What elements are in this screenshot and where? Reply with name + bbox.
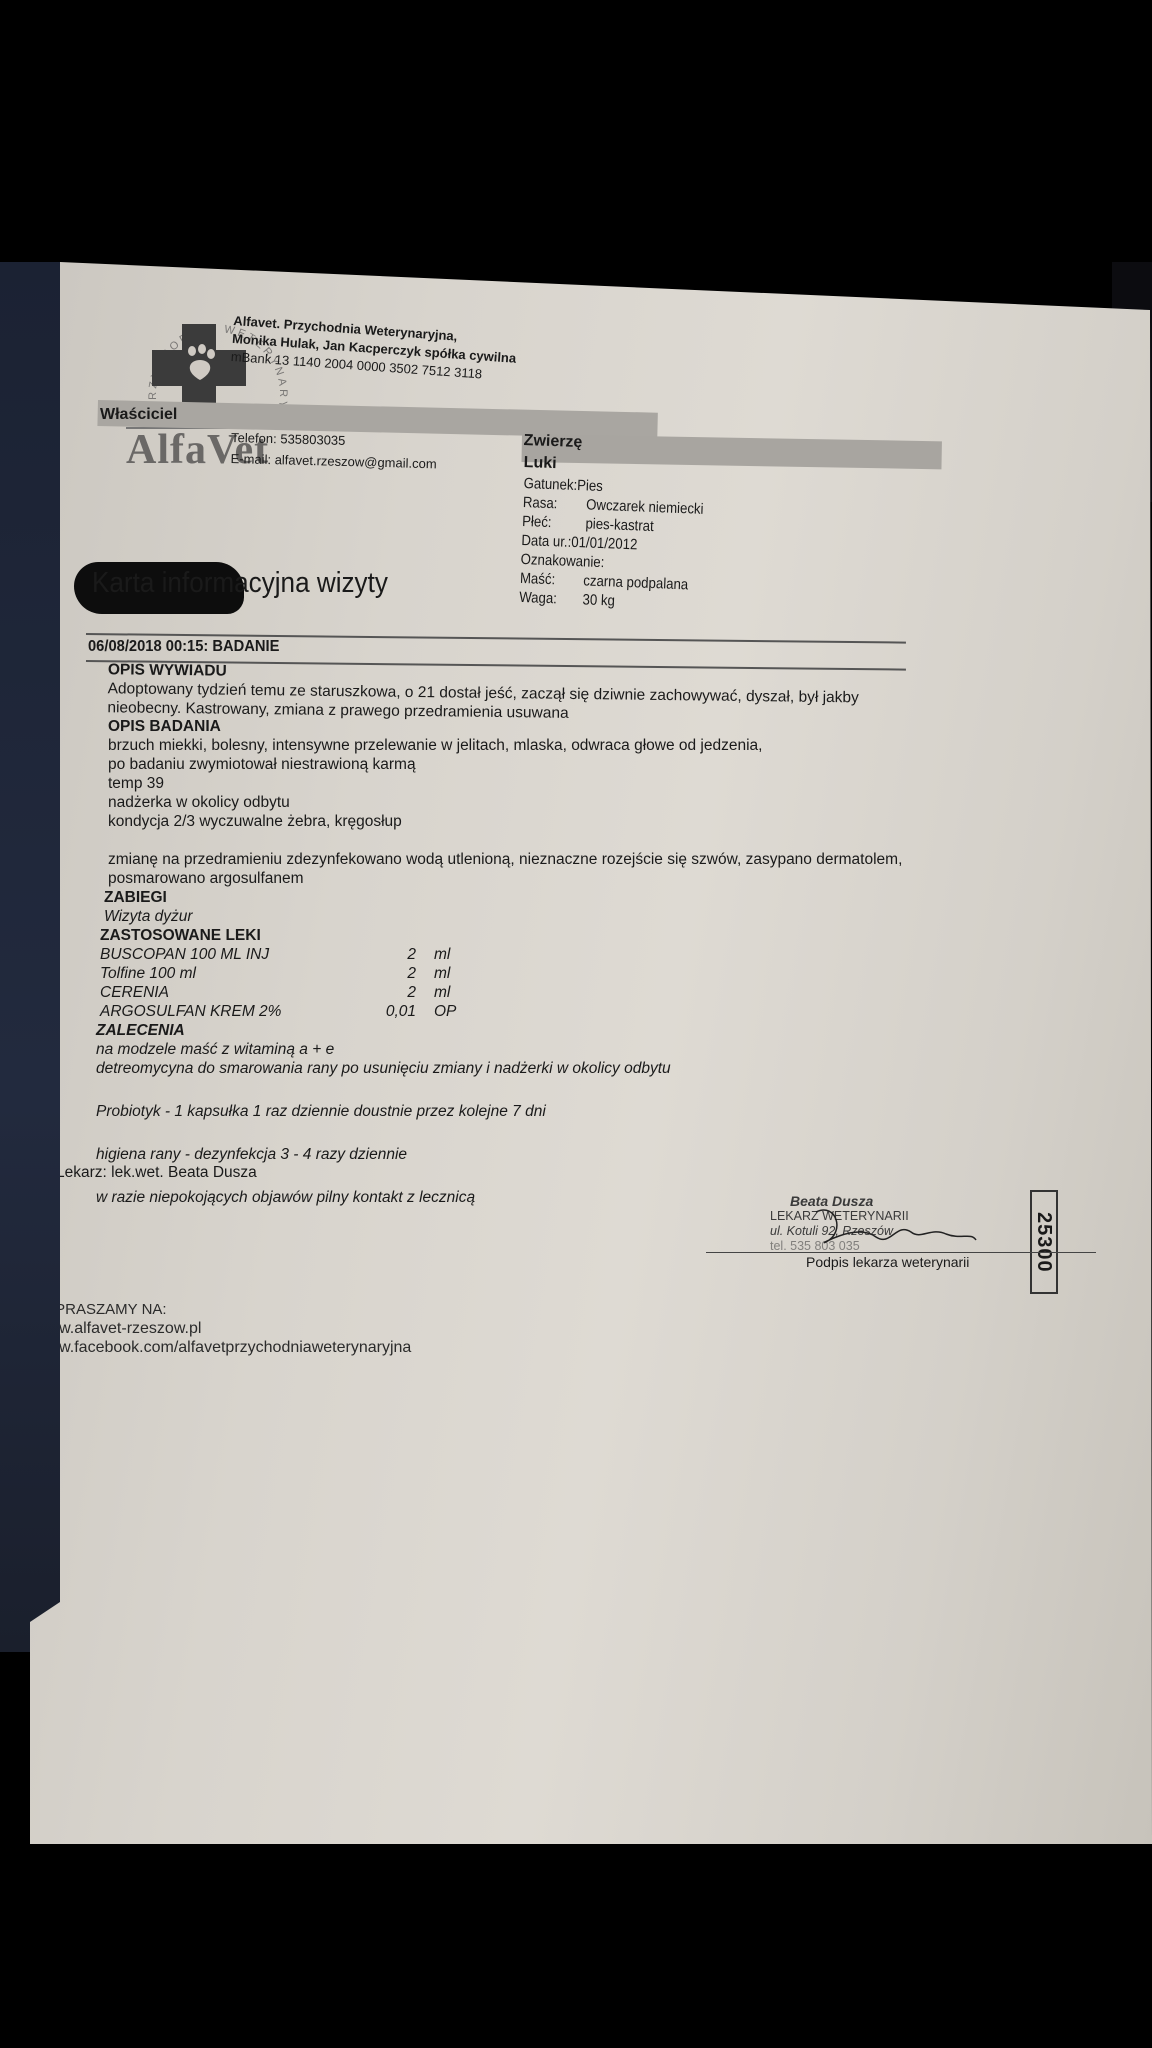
exam-section: OPIS BADANIA brzuch miekki, bolesny, int… <box>108 717 1112 888</box>
animal-field-label: Płeć: <box>522 512 586 533</box>
exam-line: zmianę na przedramieniu zdezynfekowano w… <box>108 850 1112 869</box>
medication-qty: 0,01 <box>360 1002 416 1021</box>
animal-section-bar <box>522 434 942 469</box>
animal-field-value: Pies <box>577 476 603 496</box>
signature-line <box>706 1252 1096 1253</box>
animal-fields: Gatunek:PiesRasa:Owczarek niemieckiPłeć:… <box>519 474 705 614</box>
animal-field-label: Waga: <box>519 588 583 609</box>
medication-qty: 2 <box>360 983 416 1002</box>
clinic-phone: 535803035 <box>280 428 346 451</box>
exam-line: kondycja 2/3 wyczuwalne żebra, kręgosłup <box>108 812 1112 831</box>
page-title: Karta informacyjna wizyty <box>92 567 388 600</box>
email-label: E-mail: <box>230 448 271 470</box>
visit-content: OPIS WYWIADU Adoptowany tydzień temu ze … <box>92 660 1112 1207</box>
owner-section-label: Właściciel <box>100 406 177 424</box>
medication-unit: ml <box>416 983 494 1002</box>
medication-qty: 2 <box>360 945 416 964</box>
footer-link-website[interactable]: www.alfavet-rzeszow.pl <box>36 1319 411 1338</box>
recommendations-heading: ZALECENIA <box>96 1021 1112 1040</box>
medication-name: BUSCOPAN 100 ML INJ <box>100 945 360 964</box>
license-number: 25300 <box>1030 1190 1058 1294</box>
procedures-heading: ZABIEGI <box>104 888 1112 907</box>
paw-icon <box>180 342 220 382</box>
footer-heading: ZAPRASZAMY NA: <box>36 1300 411 1319</box>
exam-line: temp 39 <box>108 774 1112 793</box>
medications-heading: ZASTOSOWANE LEKI <box>100 926 1112 945</box>
recommendation-note: Probiotyk - 1 kapsułka 1 raz dziennie do… <box>96 1102 1112 1121</box>
medications-table: BUSCOPAN 100 ML INJ2mlTolfine 100 ml2mlC… <box>100 945 1112 1021</box>
doctor-line: Lekarz: lek.wet. Beata Dusza <box>32 1164 257 1182</box>
exam-line: brzuch miekki, bolesny, intensywne przel… <box>108 736 1112 755</box>
medication-row: CERENIA2ml <box>100 983 1112 1002</box>
animal-field-value: pies-kastrat <box>585 514 654 536</box>
phone-label: Telefon: <box>231 427 277 449</box>
exam-text-after: zmianę na przedramieniu zdezynfekowano w… <box>108 850 1112 888</box>
signature-icon <box>796 1202 986 1262</box>
medication-unit: ml <box>416 945 494 964</box>
doctor-label: Lekarz: <box>56 1164 107 1182</box>
medication-unit: ml <box>416 964 494 983</box>
recommendation-note: higiena rany - dezynfekcja 3 - 4 razy dz… <box>96 1145 1112 1164</box>
recommendations-notes: Probiotyk - 1 kapsułka 1 raz dziennie do… <box>96 1102 1112 1207</box>
procedures-section: ZABIEGI Wizyta dyżur <box>104 888 1112 926</box>
exam-line: po badaniu zwymiotował niestrawioną karm… <box>108 755 1112 774</box>
recommendation-line: na modzele maść z witaminą a + e <box>96 1040 1112 1059</box>
procedure-line: Wizyta dyżur <box>104 907 1112 926</box>
medication-unit: OP <box>416 1002 494 1021</box>
visit-header: 06/08/2018 00:15: BADANIE <box>88 638 279 656</box>
animal-field-label: Maść: <box>520 569 584 590</box>
animal-section-label: Zwierzę <box>523 432 582 452</box>
medications-section: ZASTOSOWANE LEKI BUSCOPAN 100 ML INJ2mlT… <box>100 926 1112 1021</box>
exam-line: posmarowano argosulfanem <box>108 869 1112 888</box>
animal-field-value: 01/01/2012 <box>571 533 638 555</box>
exam-line: nadżerka w okolicy odbytu <box>108 793 1112 812</box>
medication-row: ARGOSULFAN KREM 2%0,01OP <box>100 1002 1112 1021</box>
clinic-email: alfavet.rzeszow@gmail.com <box>274 449 437 474</box>
visit-info-sheet: PRZYCHODNIA WETERYNARYJNA AlfaVet Alfave… <box>30 262 1152 1844</box>
medication-name: ARGOSULFAN KREM 2% <box>100 1002 360 1021</box>
recommendation-line: detreomycyna do smarowania rany po usuni… <box>96 1059 1112 1078</box>
animal-field-label: Data ur.: <box>521 531 572 552</box>
animal-field-value: 30 kg <box>582 590 615 610</box>
medication-row: BUSCOPAN 100 ML INJ2ml <box>100 945 1112 964</box>
exam-text: brzuch miekki, bolesny, intensywne przel… <box>108 736 1112 831</box>
recommendations-text: na modzele maść z witaminą a + edetreomy… <box>96 1040 1112 1078</box>
footer: ZAPRASZAMY NA: www.alfavet-rzeszow.pl ww… <box>36 1300 411 1357</box>
animal-field-label: Gatunek: <box>523 474 577 495</box>
medication-name: Tolfine 100 ml <box>100 964 360 983</box>
doctor-name: lek.wet. Beata Dusza <box>111 1164 257 1182</box>
medication-qty: 2 <box>360 964 416 983</box>
animal-name: Luki <box>523 454 556 473</box>
footer-link-facebook[interactable]: www.facebook.com/alfavetprzychodniaweter… <box>36 1338 411 1357</box>
medication-name: CERENIA <box>100 983 360 1002</box>
procedures-text: Wizyta dyżur <box>104 907 1112 926</box>
signature-caption: Podpis lekarza weterynarii <box>806 1254 969 1270</box>
animal-field-label: Rasa: <box>523 493 587 514</box>
background-fabric <box>0 262 60 1652</box>
medication-row: Tolfine 100 ml2ml <box>100 964 1112 983</box>
